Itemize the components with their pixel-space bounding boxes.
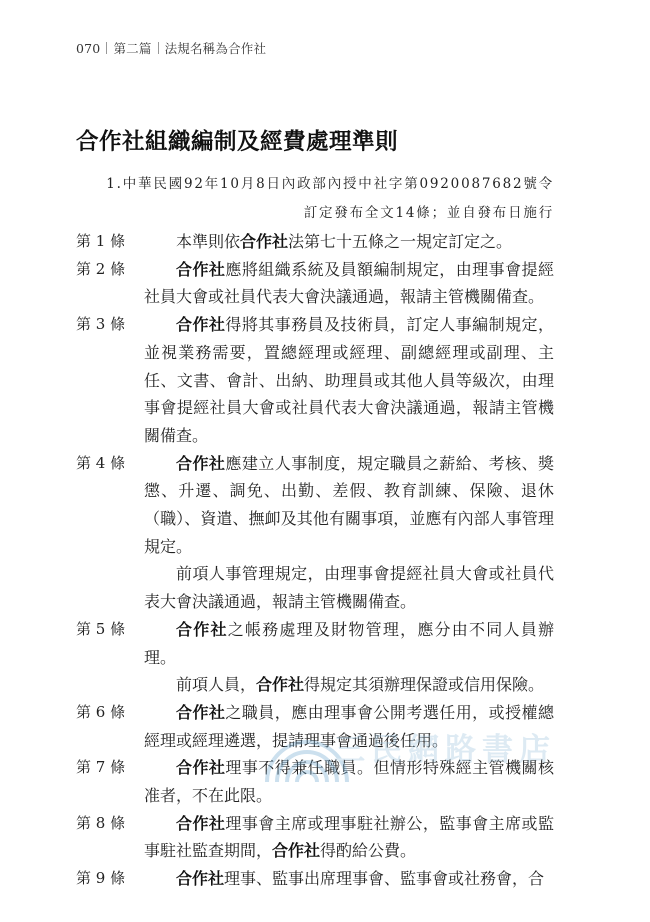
- article-number: 第 4 條: [76, 450, 146, 478]
- paragraph-text: 得規定其須辦理保證或信用保險。: [304, 675, 544, 694]
- article-number: 第 3 條: [76, 311, 146, 339]
- article-body: 合作社理事不得兼任職員。但情形特殊經主管機關核准者，不在此限。: [76, 754, 554, 809]
- article-number: 第 1 條: [76, 228, 146, 256]
- article-paragraph: 合作社理事、監事出席理事會、監事會或社務會，合: [144, 865, 554, 893]
- article-body: 合作社應將組織系統及員額編制規定，由理事會提經社員大會或社員代表大會決議通過，報…: [76, 256, 554, 311]
- article-paragraph: 合作社之帳務處理及財物管理，應分由不同人員辦理。: [144, 616, 554, 671]
- running-head: 070 第二篇 法規名稱為合作社: [76, 39, 266, 57]
- article-body: 合作社得將其事務員及技術員，訂定人事編制規定，並視業務需要，置總經理或經理、副總…: [76, 311, 554, 450]
- paragraph-text: 前項人員，: [176, 675, 256, 694]
- keyword-highlight: 合作社: [256, 675, 304, 694]
- keyword-highlight: 合作社: [272, 841, 320, 860]
- article: 第 2 條合作社應將組織系統及員額編制規定，由理事會提經社員大會或社員代表大會決…: [76, 256, 554, 311]
- article-body: 合作社應建立人事制度，規定職員之薪給、考核、獎懲、升遷、調免、出勤、差假、教育訓…: [76, 450, 554, 616]
- article-paragraph: 合作社之職員，應由理事會公開考選任用，或授權總經理或經理遴選，提請理事會通過後任…: [144, 699, 554, 754]
- keyword-highlight: 合作社: [176, 315, 225, 334]
- article-paragraph: 前項人事管理規定，由理事會提經社員大會或社員代表大會決議通過，報請主管機關備查。: [144, 560, 554, 615]
- keyword-highlight: 合作社: [240, 232, 288, 251]
- divider: [158, 42, 159, 54]
- article-body: 合作社之帳務處理及財物管理，應分由不同人員辦理。前項人員，合作社得規定其須辦理保…: [76, 616, 554, 699]
- article-body: 合作社理事、監事出席理事會、監事會或社務會，合: [76, 865, 554, 893]
- keyword-highlight: 合作社: [176, 869, 224, 888]
- regulation-title: 合作社組織編制及經費處理準則: [76, 124, 398, 156]
- keyword-highlight: 合作社: [176, 814, 225, 833]
- paragraph-text: 理事、監事出席理事會、監事會或社務會，合: [224, 869, 544, 888]
- article-paragraph: 合作社理事會主席或理事駐社辦公，監事會主席或監事駐社監查期間，合作社得酌給公費。: [144, 810, 554, 865]
- article-paragraph: 合作社理事不得兼任職員。但情形特殊經主管機關核准者，不在此限。: [144, 754, 554, 809]
- article-paragraph: 本準則依合作社法第七十五條之一規定訂定之。: [144, 228, 554, 256]
- article-paragraph: 合作社得將其事務員及技術員，訂定人事編制規定，並視業務需要，置總經理或經理、副總…: [144, 311, 554, 450]
- legislative-history: 1.中華民國92年10月8日內政部內授中社字第0920087682號令 訂定發布…: [106, 170, 554, 228]
- article-number: 第 9 條: [76, 865, 146, 893]
- page-number: 070: [76, 41, 100, 56]
- paragraph-text: 前項人事管理規定，由理事會提經社員大會或社員代表大會決議通過，報請主管機關備查。: [144, 564, 554, 611]
- article-number: 第 6 條: [76, 699, 146, 727]
- keyword-highlight: 合作社: [176, 260, 225, 279]
- article-body: 合作社理事會主席或理事駐社辦公，監事會主席或監事駐社監查期間，合作社得酌給公費。: [76, 810, 554, 865]
- article-number: 第 2 條: [76, 256, 146, 284]
- article-number: 第 7 條: [76, 754, 146, 782]
- article: 第 5 條合作社之帳務處理及財物管理，應分由不同人員辦理。前項人員，合作社得規定…: [76, 616, 554, 699]
- keyword-highlight: 合作社: [176, 454, 225, 473]
- article-paragraph: 合作社應建立人事制度，規定職員之薪給、考核、獎懲、升遷、調免、出勤、差假、教育訓…: [144, 450, 554, 561]
- keyword-highlight: 合作社: [176, 703, 225, 722]
- article: 第 9 條合作社理事、監事出席理事會、監事會或社務會，合: [76, 865, 554, 893]
- article-body: 本準則依合作社法第七十五條之一規定訂定之。: [76, 228, 554, 256]
- articles-list: 第 1 條本準則依合作社法第七十五條之一規定訂定之。第 2 條合作社應將組織系統…: [76, 228, 554, 893]
- paragraph-text: 本準則依: [176, 232, 240, 251]
- article: 第 6 條合作社之職員，應由理事會公開考選任用，或授權總經理或經理遴選，提請理事…: [76, 699, 554, 754]
- article-body: 合作社之職員，應由理事會公開考選任用，或授權總經理或經理遴選，提請理事會通過後任…: [76, 699, 554, 754]
- paragraph-text: 法第七十五條之一規定訂定之。: [288, 232, 512, 251]
- history-line: 訂定發布全文14條；並自發布日施行: [106, 199, 554, 228]
- article-number: 第 5 條: [76, 616, 146, 644]
- divider: [106, 42, 107, 54]
- article: 第 7 條合作社理事不得兼任職員。但情形特殊經主管機關核准者，不在此限。: [76, 754, 554, 809]
- keyword-highlight: 合作社: [176, 758, 225, 777]
- article: 第 8 條合作社理事會主席或理事駐社辦公，監事會主席或監事駐社監查期間，合作社得…: [76, 810, 554, 865]
- part-label: 第二篇: [113, 39, 151, 57]
- article: 第 3 條合作社得將其事務員及技術員，訂定人事編制規定，並視業務需要，置總經理或…: [76, 311, 554, 450]
- keyword-highlight: 合作社: [176, 620, 228, 639]
- paragraph-text: 得酌給公費。: [320, 841, 416, 860]
- history-line: 1.中華民國92年10月8日內政部內授中社字第0920087682號令: [106, 170, 554, 199]
- article-number: 第 8 條: [76, 810, 146, 838]
- paragraph-text: 得將其事務員及技術員，訂定人事編制規定，並視業務需要，置總經理或經理、副總經理或…: [144, 315, 554, 445]
- article-paragraph: 合作社應將組織系統及員額編制規定，由理事會提經社員大會或社員代表大會決議通過，報…: [144, 256, 554, 311]
- article: 第 4 條合作社應建立人事制度，規定職員之薪給、考核、獎懲、升遷、調免、出勤、差…: [76, 450, 554, 616]
- article-paragraph: 前項人員，合作社得規定其須辦理保證或信用保險。: [144, 671, 554, 699]
- article: 第 1 條本準則依合作社法第七十五條之一規定訂定之。: [76, 228, 554, 256]
- section-label: 法規名稱為合作社: [165, 39, 267, 57]
